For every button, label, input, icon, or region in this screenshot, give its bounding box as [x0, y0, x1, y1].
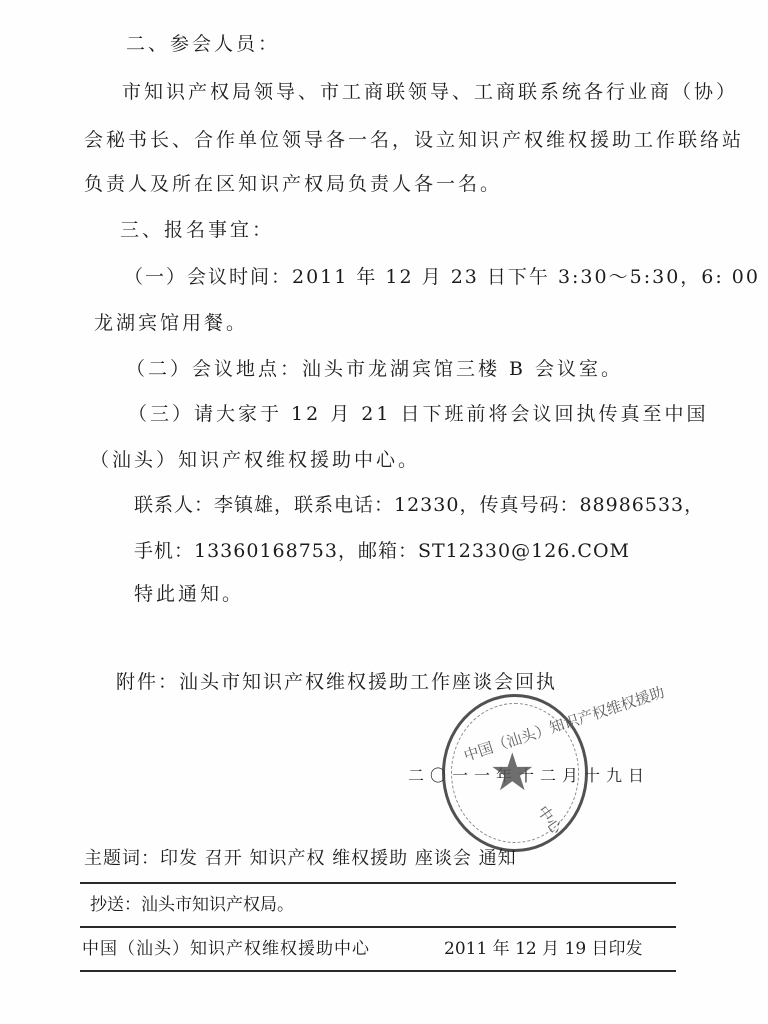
document-page: 二、参会人员： 市知识产权局领导、市工商联领导、工商联系统各行业商（协） 会秘书…: [0, 0, 768, 1024]
footer-divider-3: [80, 970, 676, 972]
footer-divider-1: [80, 882, 676, 884]
section2-heading: 二、参会人员：: [126, 32, 280, 56]
official-seal: 中国（汕头）知识产权维权援助 ★ 中心: [442, 694, 588, 852]
section2-para-line-1: 市知识产权局领导、市工商联领导、工商联系统各行业商（协）: [122, 80, 738, 104]
meeting-location: （二）会议地点：汕头市龙湖宾馆三楼 B 会议室。: [126, 357, 623, 381]
section2-para-line-3: 负责人及所在区知识产权局负责人各一名。: [84, 172, 502, 196]
section3-heading: 三、报名事宜：: [120, 218, 274, 242]
fax-request-line-2: （汕头）知识产权维权援助中心。: [90, 448, 420, 472]
closing-text: 特此通知。: [134, 582, 244, 606]
star-icon: ★: [489, 747, 536, 799]
section2-para-line-2: 会秘书长、合作单位领导各一名，设立知识产权维权援助工作联络站: [84, 128, 744, 152]
cc-line: 抄送：汕头市知识产权局。: [90, 894, 294, 916]
contact-line-1: 联系人：李镇雄，联系电话：12330，传真号码：88986533，: [134, 493, 704, 517]
attachment-line: 附件：汕头市知识产权维权援助工作座谈会回执: [116, 670, 557, 694]
issuer-line: 中国（汕头）知识产权维权援助中心: [82, 938, 370, 960]
contact-line-2: 手机：13360168753，邮箱：ST12330@126.COM: [134, 539, 630, 563]
fax-request-line-1: （三）请大家于 12 月 21 日下班前将会议回执传真至中国: [128, 402, 709, 426]
meeting-time-line-1: （一）会议时间：2011 年 12 月 23 日下午 3:30～5:30，6: …: [124, 265, 760, 289]
meeting-time-line-2: 龙湖宾馆用餐。: [94, 311, 248, 335]
keywords-line: 主题词：印发 召开 知识产权 维权援助 座谈会 通知: [84, 848, 517, 870]
footer-divider-2: [80, 926, 676, 928]
issue-date: 2011 年 12 月 19 日印发: [444, 938, 643, 960]
